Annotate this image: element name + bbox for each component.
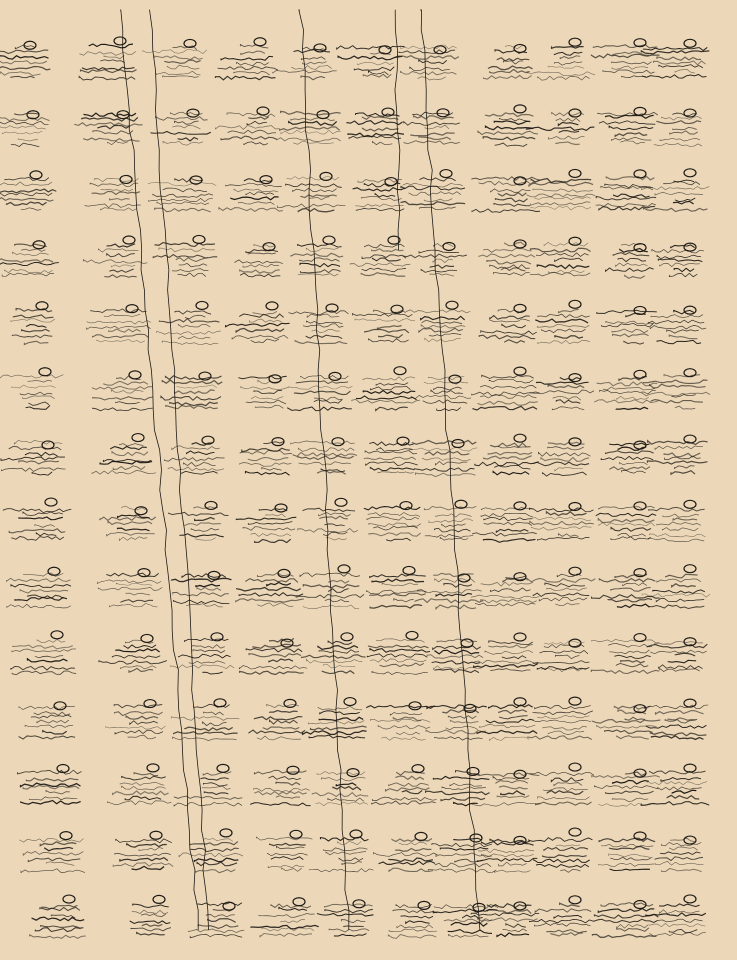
- ink-drawing: [0, 0, 737, 960]
- artwork-canvas: [0, 0, 737, 960]
